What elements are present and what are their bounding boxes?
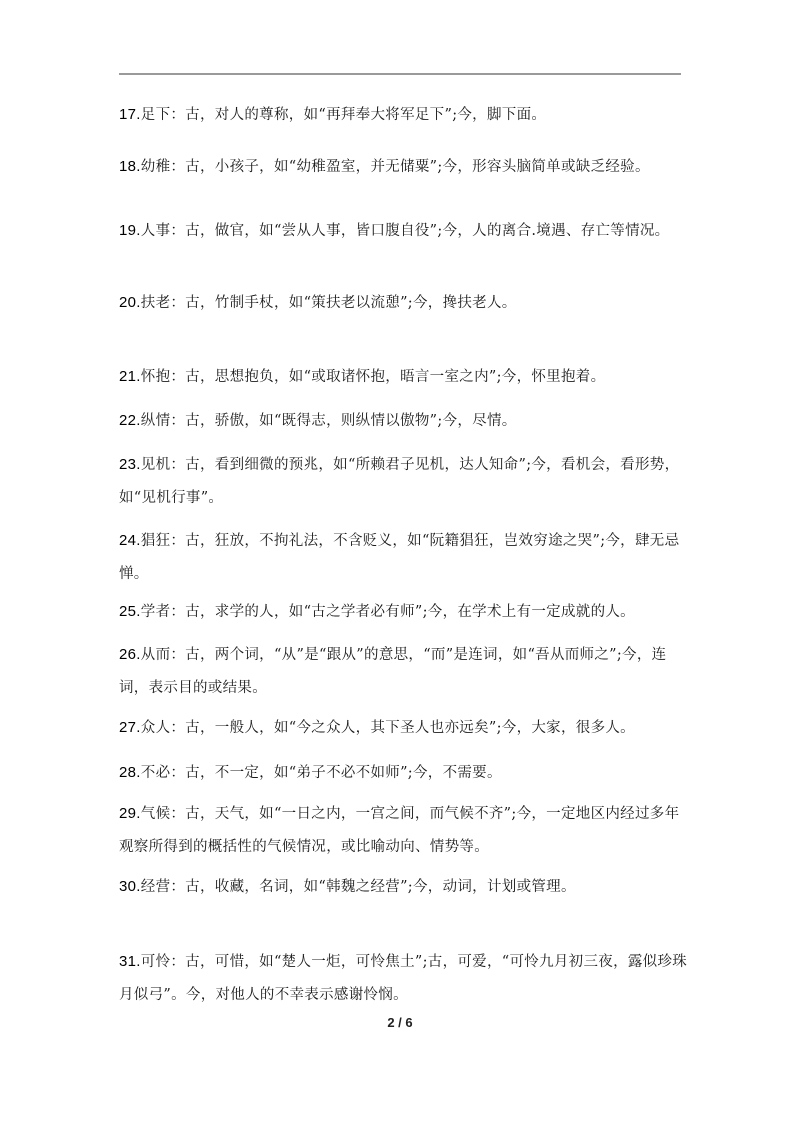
entry-18: 18.幼稚：古，小孩子，如“幼稚盈室，并无储粟”;今，形容头脑简单或缺乏经验。 [119,150,689,184]
entry-text: 足下：古，对人的尊称，如“再拜奉大将军足下”;今，脚下面。 [141,107,546,123]
entry-number: 21. [119,368,141,385]
entry-31: 31.可怜：古，可惜，如“楚人一炬，可怜焦土”;古，可爱，“可怜九月初三夜，露似… [119,945,689,1012]
entry-number: 29. [119,805,141,822]
header-rule [119,73,681,75]
entry-number: 19. [119,222,141,239]
entry-text: 猖狂：古，狂放，不拘礼法，不含贬义，如“阮籍猖狂，岂效穷途之哭”;今，肆无忌惮。 [119,533,679,582]
entry-text: 扶老：古，竹制手杖，如“策扶老以流憩”;今，搀扶老人。 [141,295,517,311]
entry-text: 众人：古，一般人，如“今之众人，其下圣人也亦远矣”;今，大家，很多人。 [141,720,635,736]
entry-30: 30.经营：古，收藏，名词，如“韩魏之经营”;今，动词，计划或管理。 [119,870,689,904]
entry-text: 从而：古，两个词，“从”是“跟从”的意思，“而”是连词，如“吾从而师之”;今，连… [119,647,666,696]
entry-number: 23. [119,456,141,473]
entry-20: 20.扶老：古，竹制手杖，如“策扶老以流憩”;今，搀扶老人。 [119,286,689,320]
entry-number: 17. [119,106,141,123]
entry-26: 26.从而：古，两个词，“从”是“跟从”的意思，“而”是连词，如“吾从而师之”;… [119,638,689,705]
page-number: 2 / 6 [0,1015,800,1030]
entry-text: 见机：古，看到细微的预兆，如“所赖君子见机，达人知命”;今，看机会，看形势，如“… [119,457,679,506]
entry-text: 幼稚：古，小孩子，如“幼稚盈室，并无储粟”;今，形容头脑简单或缺乏经验。 [141,159,650,175]
entry-number: 20. [119,294,141,311]
entry-text: 不必：古，不一定，如“弟子不必不如师”;今，不需要。 [141,765,502,781]
entry-number: 28. [119,764,141,781]
entry-17: 17.足下：古，对人的尊称，如“再拜奉大将军足下”;今，脚下面。 [119,98,689,132]
entry-number: 30. [119,878,141,895]
entry-text: 学者：古，求学的人，如“古之学者必有师”;今，在学术上有一定成就的人。 [141,604,635,620]
entry-text: 纵情：古，骄傲，如“既得志，则纵情以傲物”;今，尽情。 [141,413,517,429]
entry-27: 27.众人：古，一般人，如“今之众人，其下圣人也亦远矣”;今，大家，很多人。 [119,711,689,745]
entry-text: 人事：古，做官，如“尝从人事，皆口腹自役”;今，人的离合.境遇、存亡等情况。 [141,223,670,239]
entry-24: 24.猖狂：古，狂放，不拘礼法，不含贬义，如“阮籍猖狂，岂效穷途之哭”;今，肆无… [119,524,689,591]
entry-28: 28.不必：古，不一定，如“弟子不必不如师”;今，不需要。 [119,756,689,790]
entry-text: 怀抱：古，思想抱负，如“或取诸怀抱，晤言一室之内”;今，怀里抱着。 [141,369,606,385]
entry-number: 31. [119,953,141,970]
entry-number: 22. [119,412,141,429]
entry-29: 29.气候：古，天气，如“一日之内，一宫之间，而气候不齐”;今，一定地区内经过多… [119,797,689,864]
entry-19: 19.人事：古，做官，如“尝从人事，皆口腹自役”;今，人的离合.境遇、存亡等情况… [119,214,689,248]
entry-text: 气候：古，天气，如“一日之内，一宫之间，而气候不齐”;今，一定地区内经过多年观察… [119,806,679,855]
entry-22: 22.纵情：古，骄傲，如“既得志，则纵情以傲物”;今，尽情。 [119,404,689,438]
entry-21: 21.怀抱：古，思想抱负，如“或取诸怀抱，晤言一室之内”;今，怀里抱着。 [119,360,689,394]
entry-text: 经营：古，收藏，名词，如“韩魏之经营”;今，动词，计划或管理。 [141,879,576,895]
entry-23: 23.见机：古，看到细微的预兆，如“所赖君子见机，达人知命”;今，看机会，看形势… [119,448,689,515]
entry-25: 25.学者：古，求学的人，如“古之学者必有师”;今，在学术上有一定成就的人。 [119,595,689,629]
entry-number: 26. [119,646,141,663]
entry-number: 24. [119,532,141,549]
entry-number: 25. [119,603,141,620]
entry-number: 27. [119,719,141,736]
entry-number: 18. [119,158,141,175]
entry-text: 可怜：古，可惜，如“楚人一炬，可怜焦土”;古，可爱，“可怜九月初三夜，露似珍珠月… [119,954,687,1003]
